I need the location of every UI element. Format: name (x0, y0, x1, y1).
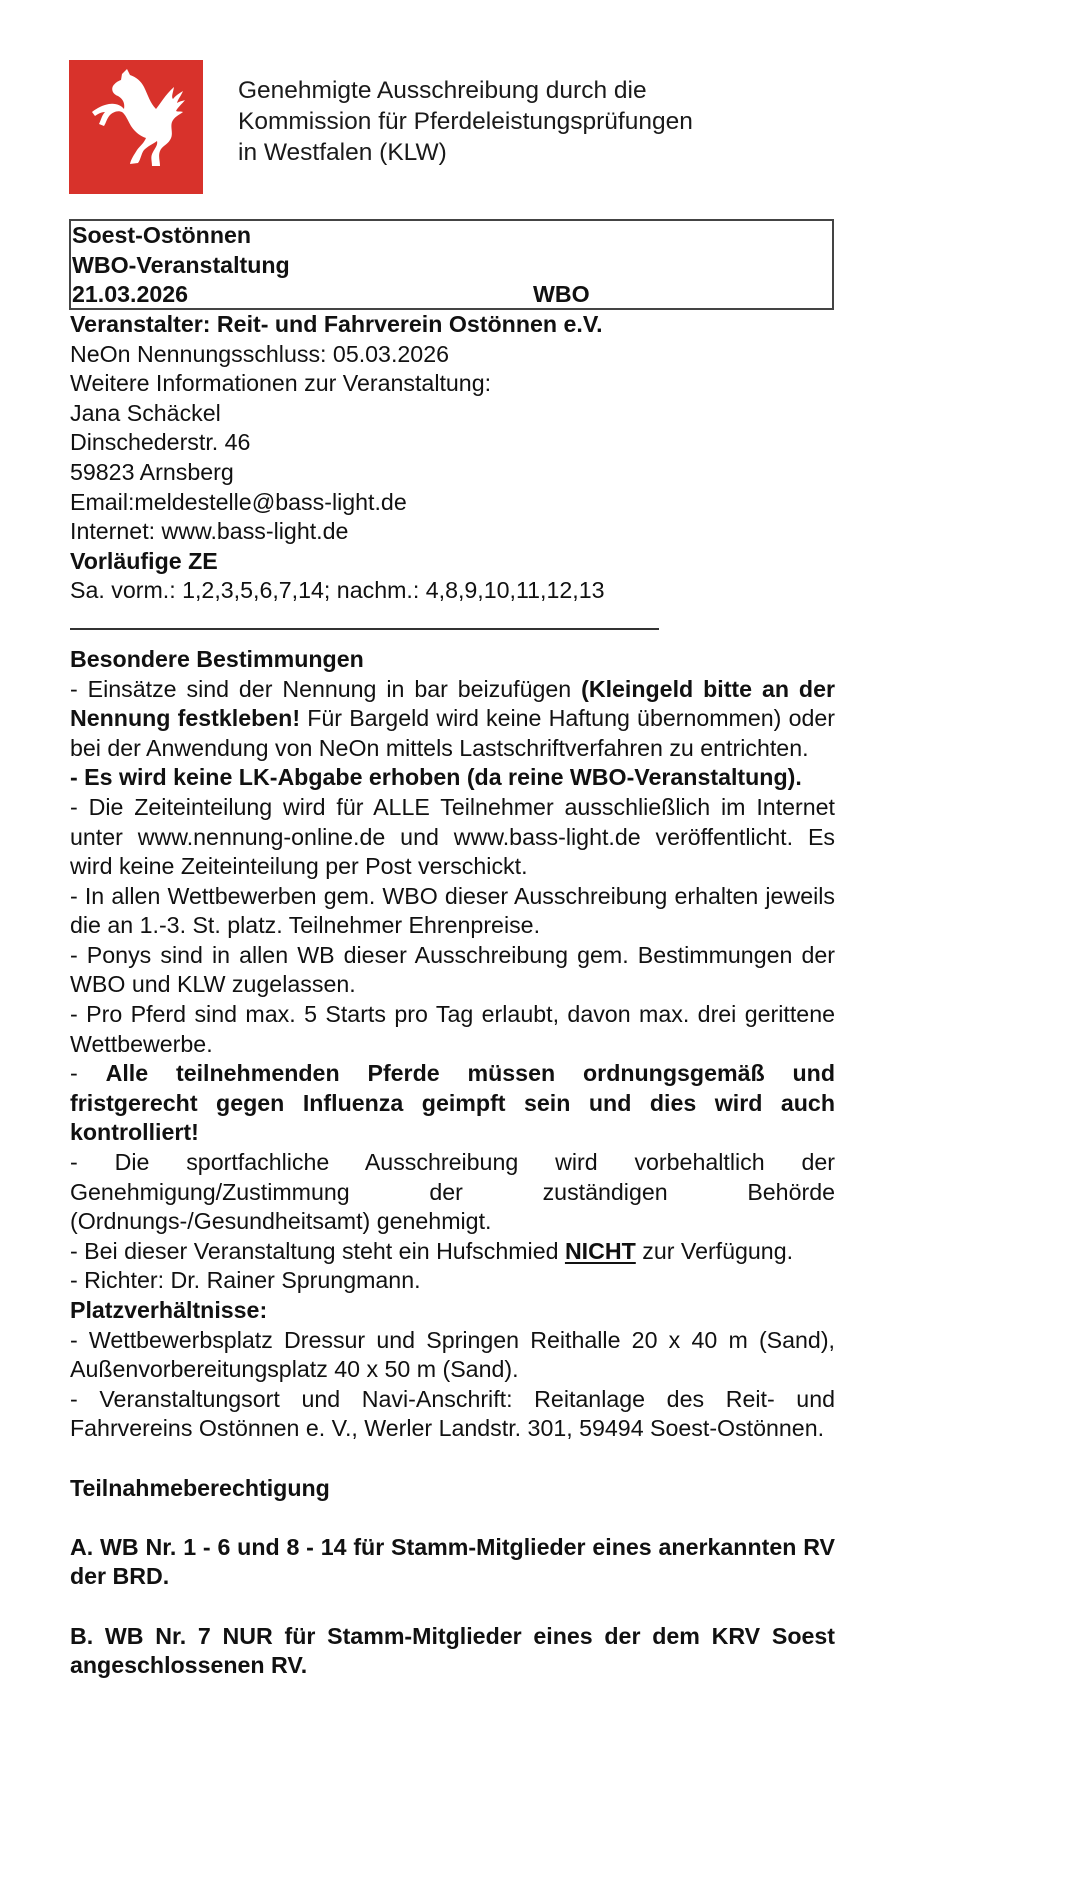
event-location: Soest-Ostönnen (72, 221, 832, 251)
rule-payment: - Einsätze sind der Nennung in bar beizu… (70, 675, 835, 764)
rule-lk-fee: - Es wird keine LK-Abgabe erhoben (da re… (70, 763, 835, 793)
rule-payment-text: - Einsätze sind der Nennung in bar beizu… (70, 676, 581, 702)
rule-schedule-publication: - Die Zeiteinteilung wird für ALLE Teiln… (70, 793, 835, 882)
rule-prizes: - In allen Wettbewerben gem. WBO dieser … (70, 882, 835, 941)
platz-address: - Veranstaltungsort und Navi-Anschrift: … (70, 1385, 835, 1444)
header-line-3: in Westfalen (KLW) (238, 137, 693, 168)
rule-farrier-text: - Bei dieser Veranstaltung steht ein Huf… (70, 1238, 565, 1264)
schedule-heading: Vorläufige ZE (70, 547, 835, 577)
organizer: Veranstalter: Reit- und Fahrverein Ostön… (70, 310, 835, 340)
event-category: WBO (533, 280, 590, 310)
contact-city: 59823 Arnsberg (70, 458, 835, 488)
rule-farrier-text-2: zur Verfügung. (636, 1238, 793, 1264)
rearing-horse-icon (69, 60, 203, 194)
westfalen-horse-logo (69, 60, 203, 194)
info-label: Weitere Informationen zur Veranstaltung: (70, 369, 835, 399)
divider-rule (70, 628, 659, 630)
platz-heading: Platzverhältnisse: (70, 1296, 835, 1326)
contact-name: Jana Schäckel (70, 399, 835, 429)
contact-street: Dinschederstr. 46 (70, 428, 835, 458)
rule-judge: - Richter: Dr. Rainer Sprungmann. (70, 1266, 835, 1296)
contact-email[interactable]: Email:meldestelle@bass-light.de (70, 488, 835, 518)
rule-ponies: - Ponys sind in allen WB dieser Ausschre… (70, 941, 835, 1000)
header-line-2: Kommission für Pferdeleistungsprüfungen (238, 106, 693, 137)
header-line-1: Genehmigte Ausschreibung durch die (238, 75, 693, 106)
event-type: WBO-Veranstaltung (72, 251, 832, 281)
rule-farrier-nicht: NICHT (565, 1238, 636, 1264)
platz-arena: - Wettbewerbsplatz Dressur und Springen … (70, 1326, 835, 1385)
rule-max-starts: - Pro Pferd sind max. 5 Starts pro Tag e… (70, 1000, 835, 1059)
document-body: Soest-Ostönnen WBO-Veranstaltung 21.03.2… (70, 219, 835, 1681)
klw-approval-header: Genehmigte Ausschreibung durch die Kommi… (238, 75, 693, 168)
contact-website[interactable]: Internet: www.bass-light.de (70, 517, 835, 547)
teilnahme-a: A. WB Nr. 1 - 6 und 8 - 14 für Stamm-Mit… (70, 1533, 835, 1592)
rule-vaccination-bold: Alle teilnehmenden Pferde müssen ordnung… (70, 1060, 835, 1145)
schedule-text: Sa. vorm.: 1,2,3,5,6,7,14; nachm.: 4,8,9… (70, 576, 835, 606)
event-date: 21.03.2026 (72, 280, 832, 310)
teilnahme-b: B. WB Nr. 7 NUR für Stamm-Mitglieder ein… (70, 1622, 835, 1681)
rule-vaccination-dash: - (70, 1060, 106, 1086)
rule-farrier: - Bei dieser Veranstaltung steht ein Huf… (70, 1237, 835, 1267)
entry-deadline: NeOn Nennungsschluss: 05.03.2026 (70, 340, 835, 370)
rule-approval: - Die sportfachliche Ausschreibung wird … (70, 1148, 835, 1237)
teilnahme-heading: Teilnahmeberechtigung (70, 1474, 835, 1504)
besondere-heading: Besondere Bestimmungen (70, 645, 835, 675)
event-info-box: Soest-Ostönnen WBO-Veranstaltung 21.03.2… (69, 219, 834, 310)
rule-vaccination: - Alle teilnehmenden Pferde müssen ordnu… (70, 1059, 835, 1148)
